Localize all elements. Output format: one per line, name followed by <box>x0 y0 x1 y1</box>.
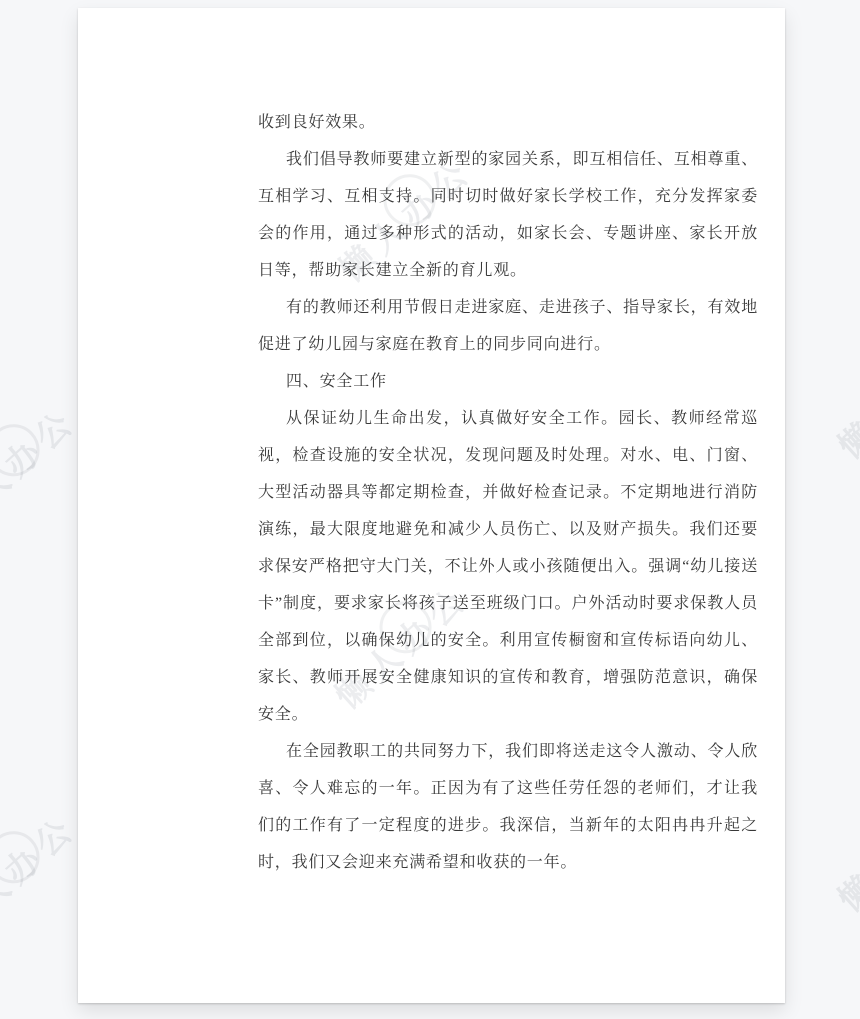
document-body: 收到良好效果。 我们倡导教师要建立新型的家园关系，即互相信任、互相尊重、互相学习… <box>258 104 758 881</box>
paragraph: 有的教师还利用节假日走进家庭、走进孩子、指导家长，有效地促进了幼儿园与家庭在教育… <box>258 289 758 363</box>
watermark-text: 懒人办公 <box>0 402 84 540</box>
watermark-text: 懒人办公 <box>832 329 860 467</box>
watermark: 懒人办公 <box>826 322 860 468</box>
watermark-text: 懒人办公 <box>832 782 860 920</box>
section-heading: 四、安全工作 <box>258 363 758 400</box>
document-viewer: 收到良好效果。 我们倡导教师要建立新型的家园关系，即互相信任、互相尊重、互相学习… <box>0 0 860 1019</box>
paragraph-continuation: 收到良好效果。 <box>258 104 758 141</box>
paragraph: 在全园教职工的共同努力下，我们即将送走这令人激动、令人欣喜、令人难忘的一年。正因… <box>258 733 758 881</box>
document-page: 收到良好效果。 我们倡导教师要建立新型的家园关系，即互相信任、互相尊重、互相学习… <box>78 8 785 1003</box>
watermark-logo-ring <box>0 820 50 893</box>
watermark: 懒人办公 <box>826 775 860 921</box>
watermark-logo-ring <box>0 413 50 486</box>
paragraph: 从保证幼儿生命出发，认真做好安全工作。园长、教师经常巡视，检查设施的安全状况，发… <box>258 400 758 733</box>
watermark: 懒人办公 <box>0 395 85 541</box>
watermark-text: 懒人办公 <box>0 809 84 947</box>
paragraph: 我们倡导教师要建立新型的家园关系，即互相信任、互相尊重、互相学习、互相支持。同时… <box>258 141 758 289</box>
watermark: 懒人办公 <box>0 802 85 948</box>
